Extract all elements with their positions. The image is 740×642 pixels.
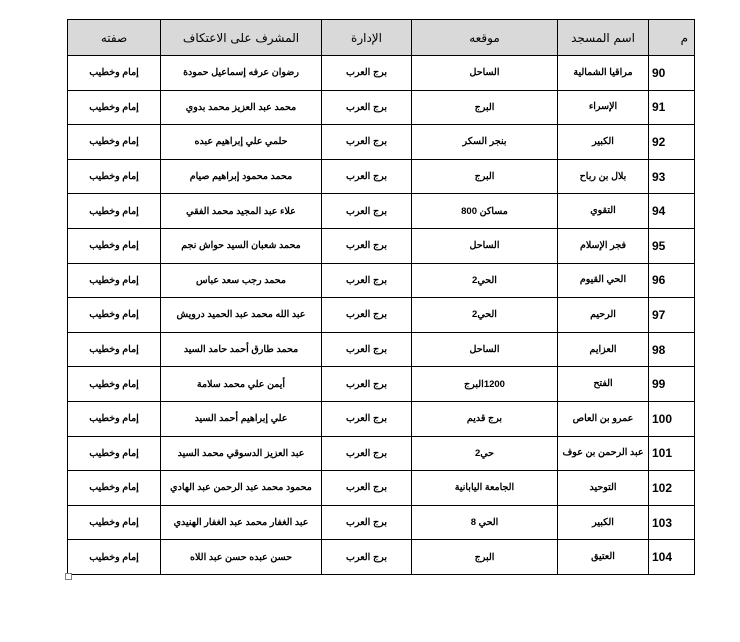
- cell-supervisor: حلمي علي إبراهيم عبده: [161, 125, 322, 160]
- table-row: 101 عبد الرحمن بن عوف حي2 برج العرب عبد …: [68, 436, 695, 471]
- cell-mosque-name: عمرو بن العاص: [558, 401, 649, 436]
- cell-administration: برج العرب: [322, 228, 412, 263]
- cell-mosque-name: التوحيد: [558, 471, 649, 506]
- cell-administration: برج العرب: [322, 401, 412, 436]
- cell-location: حي2: [412, 436, 558, 471]
- cell-mosque-name: الإسراء: [558, 90, 649, 125]
- cell-mosque-name: الكبير: [558, 505, 649, 540]
- cell-administration: برج العرب: [322, 159, 412, 194]
- cell-role: إمام وخطيب: [68, 228, 161, 263]
- cell-supervisor: أيمن علي محمد سلامة: [161, 367, 322, 402]
- cell-num: 98: [649, 332, 695, 367]
- cell-location: البرج: [412, 159, 558, 194]
- cell-mosque-name: الرحيم: [558, 298, 649, 333]
- cell-location: البرج: [412, 540, 558, 575]
- cell-supervisor: محمد رجب سعد عباس: [161, 263, 322, 298]
- cell-supervisor: حسن عبده حسن عبد اللاه: [161, 540, 322, 575]
- cell-location: برج قديم: [412, 401, 558, 436]
- table-row: 102 التوحيد الجامعة اليابانية برج العرب …: [68, 471, 695, 506]
- cell-location: مساكن 800: [412, 194, 558, 229]
- cell-role: إمام وخطيب: [68, 125, 161, 160]
- cell-mosque-name: العتيق: [558, 540, 649, 575]
- cell-num: 99: [649, 367, 695, 402]
- cell-supervisor: رضوان عرفه إسماعيل حمودة: [161, 56, 322, 91]
- table-header-row: م اسم المسجد موقعه الإدارة المشرف على ال…: [68, 20, 695, 56]
- cell-administration: برج العرب: [322, 194, 412, 229]
- cell-location: 1200البرج: [412, 367, 558, 402]
- cell-role: إمام وخطيب: [68, 367, 161, 402]
- cell-mosque-name: الكبير: [558, 125, 649, 160]
- cell-num: 91: [649, 90, 695, 125]
- cell-supervisor: محمد طارق أحمد حامد السيد: [161, 332, 322, 367]
- table-row: 104 العتيق البرج برج العرب حسن عبده حسن …: [68, 540, 695, 575]
- cell-num: 94: [649, 194, 695, 229]
- cell-location: الساحل: [412, 56, 558, 91]
- cell-location: الجامعة اليابانية: [412, 471, 558, 506]
- header-location: موقعه: [412, 20, 558, 56]
- cell-administration: برج العرب: [322, 125, 412, 160]
- cell-num: 96: [649, 263, 695, 298]
- cell-mosque-name: مراقيا الشمالية: [558, 56, 649, 91]
- paragraph-anchor-mark: [65, 573, 72, 580]
- cell-role: إمام وخطيب: [68, 298, 161, 333]
- cell-num: 90: [649, 56, 695, 91]
- cell-administration: برج العرب: [322, 298, 412, 333]
- cell-location: الحي 8: [412, 505, 558, 540]
- cell-administration: برج العرب: [322, 436, 412, 471]
- cell-num: 97: [649, 298, 695, 333]
- cell-location: الحي2: [412, 263, 558, 298]
- cell-role: إمام وخطيب: [68, 263, 161, 298]
- cell-location: بنجر السكر: [412, 125, 558, 160]
- header-mosque-name: اسم المسجد: [558, 20, 649, 56]
- cell-administration: برج العرب: [322, 90, 412, 125]
- cell-location: الساحل: [412, 332, 558, 367]
- cell-administration: برج العرب: [322, 367, 412, 402]
- cell-supervisor: محمد محمود إبراهيم صيام: [161, 159, 322, 194]
- table-row: 92 الكبير بنجر السكر برج العرب حلمي علي …: [68, 125, 695, 160]
- cell-num: 92: [649, 125, 695, 160]
- table-row: 94 التقوي مساكن 800 برج العرب علاء عبد ا…: [68, 194, 695, 229]
- cell-administration: برج العرب: [322, 332, 412, 367]
- document-page: م اسم المسجد موقعه الإدارة المشرف على ال…: [0, 0, 740, 642]
- cell-num: 93: [649, 159, 695, 194]
- cell-role: إمام وخطيب: [68, 540, 161, 575]
- cell-num: 101: [649, 436, 695, 471]
- table-row: 95 فجر الإسلام الساحل برج العرب محمد شعب…: [68, 228, 695, 263]
- mosques-table: م اسم المسجد موقعه الإدارة المشرف على ال…: [67, 19, 695, 575]
- table-row: 103 الكبير الحي 8 برج العرب عبد الغفار م…: [68, 505, 695, 540]
- table-row: 99 الفتح 1200البرج برج العرب أيمن علي مح…: [68, 367, 695, 402]
- header-num: م: [649, 20, 695, 56]
- cell-role: إمام وخطيب: [68, 194, 161, 229]
- table-row: 91 الإسراء البرج برج العرب محمد عبد العز…: [68, 90, 695, 125]
- cell-role: إمام وخطيب: [68, 436, 161, 471]
- cell-role: إمام وخطيب: [68, 90, 161, 125]
- header-administration: الإدارة: [322, 20, 412, 56]
- cell-supervisor: علاء عبد المجيد محمد الفقي: [161, 194, 322, 229]
- cell-num: 104: [649, 540, 695, 575]
- table-row: 93 بلال بن رباح البرج برج العرب محمد محم…: [68, 159, 695, 194]
- cell-num: 103: [649, 505, 695, 540]
- cell-supervisor: عبد الغفار محمد عبد الغفار الهنيدي: [161, 505, 322, 540]
- cell-administration: برج العرب: [322, 56, 412, 91]
- cell-administration: برج العرب: [322, 263, 412, 298]
- cell-role: إمام وخطيب: [68, 159, 161, 194]
- cell-mosque-name: فجر الإسلام: [558, 228, 649, 263]
- cell-role: إمام وخطيب: [68, 471, 161, 506]
- cell-supervisor: محمد عبد العزيز محمد بدوي: [161, 90, 322, 125]
- cell-role: إمام وخطيب: [68, 56, 161, 91]
- cell-num: 102: [649, 471, 695, 506]
- header-role: صفته: [68, 20, 161, 56]
- cell-mosque-name: عبد الرحمن بن عوف: [558, 436, 649, 471]
- cell-num: 100: [649, 401, 695, 436]
- cell-mosque-name: الحي القيوم: [558, 263, 649, 298]
- cell-role: إمام وخطيب: [68, 332, 161, 367]
- cell-mosque-name: العزايم: [558, 332, 649, 367]
- table-row: 100 عمرو بن العاص برج قديم برج العرب علي…: [68, 401, 695, 436]
- cell-supervisor: محمود محمد عبد الرحمن عبد الهادي: [161, 471, 322, 506]
- cell-mosque-name: الفتح: [558, 367, 649, 402]
- table-row: 96 الحي القيوم الحي2 برج العرب محمد رجب …: [68, 263, 695, 298]
- cell-num: 95: [649, 228, 695, 263]
- cell-supervisor: علي إبراهيم أحمد السيد: [161, 401, 322, 436]
- cell-mosque-name: بلال بن رباح: [558, 159, 649, 194]
- cell-supervisor: عبد الله محمد عبد الحميد درويش: [161, 298, 322, 333]
- cell-administration: برج العرب: [322, 471, 412, 506]
- header-supervisor: المشرف على الاعتكاف: [161, 20, 322, 56]
- cell-location: الحي2: [412, 298, 558, 333]
- table-row: 97 الرحيم الحي2 برج العرب عبد الله محمد …: [68, 298, 695, 333]
- cell-location: البرج: [412, 90, 558, 125]
- cell-location: الساحل: [412, 228, 558, 263]
- table-row: 90 مراقيا الشمالية الساحل برج العرب رضوا…: [68, 56, 695, 91]
- cell-role: إمام وخطيب: [68, 505, 161, 540]
- cell-mosque-name: التقوي: [558, 194, 649, 229]
- cell-administration: برج العرب: [322, 540, 412, 575]
- cell-supervisor: محمد شعبان السيد حواش نجم: [161, 228, 322, 263]
- cell-supervisor: عبد العزيز الدسوقي محمد السيد: [161, 436, 322, 471]
- table-row: 98 العزايم الساحل برج العرب محمد طارق أح…: [68, 332, 695, 367]
- cell-administration: برج العرب: [322, 505, 412, 540]
- cell-role: إمام وخطيب: [68, 401, 161, 436]
